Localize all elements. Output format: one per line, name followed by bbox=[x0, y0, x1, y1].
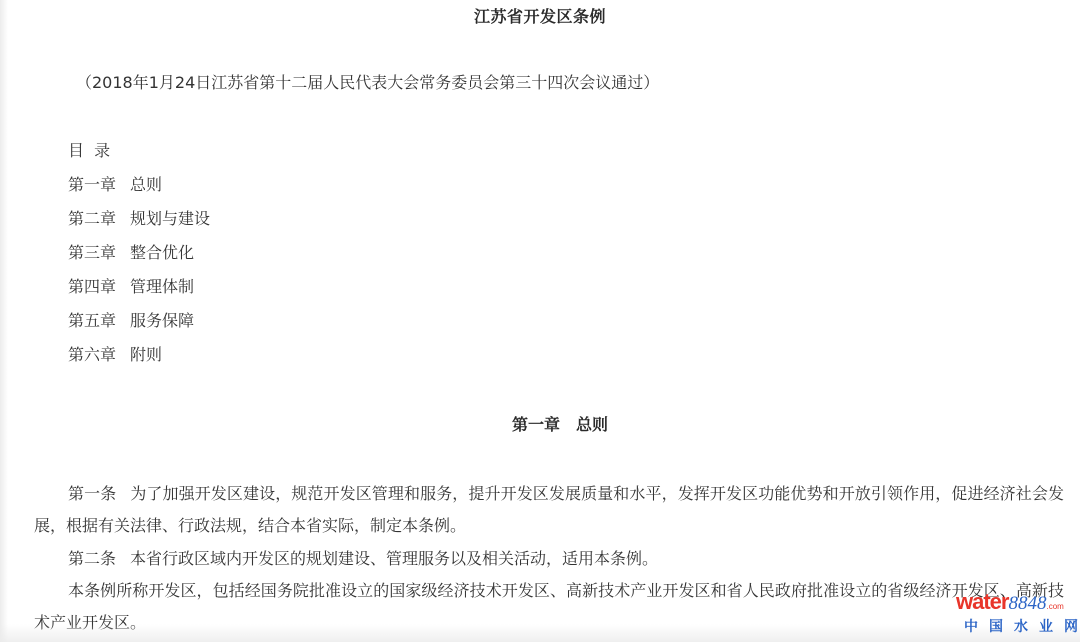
article-text: 为了加强开发区建设，规范开发区管理和服务，提升开发区发展质量和水平，发挥开发区功… bbox=[34, 484, 1064, 535]
article-text: 本省行政区域内开发区的规划建设、管理服务以及相关活动，适用本条例。 bbox=[130, 549, 658, 568]
chapter-name: 总则 bbox=[576, 415, 608, 434]
watermark-logo: water8848.com 中国水业网 bbox=[942, 591, 1072, 637]
toc-chapter-number: 第二章 bbox=[68, 208, 130, 230]
toc-chapter-number: 第一章 bbox=[68, 174, 130, 196]
toc-chapter-name: 总则 bbox=[130, 175, 162, 194]
table-of-contents: 目 录 第一章总则 第二章规划与建设 第三章整合优化 第四章管理体制 第五章服务… bbox=[68, 140, 210, 378]
toc-chapter-number: 第五章 bbox=[68, 310, 130, 332]
toc-chapter-number: 第三章 bbox=[68, 242, 130, 264]
toc-item[interactable]: 第三章整合优化 bbox=[68, 242, 210, 276]
toc-chapter-name: 管理体制 bbox=[130, 277, 194, 296]
toc-item[interactable]: 第四章管理体制 bbox=[68, 276, 210, 310]
toc-item[interactable]: 第五章服务保障 bbox=[68, 310, 210, 344]
watermark-brand-word: water bbox=[956, 589, 1008, 614]
document-subtitle: （2018年1月24日江苏省第十二届人民代表大会常务委员会第三十四次会议通过） bbox=[76, 70, 659, 93]
page-bottom-edge bbox=[0, 624, 1080, 642]
watermark-brand: water8848.com bbox=[956, 591, 1064, 618]
toc-chapter-name: 附则 bbox=[130, 345, 162, 364]
toc-chapter-name: 整合优化 bbox=[130, 243, 194, 262]
article-2: 第二条本省行政区域内开发区的规划建设、管理服务以及相关活动，适用本条例。 bbox=[34, 543, 1064, 575]
watermark-number: 8848 bbox=[1008, 593, 1046, 614]
watermark-chinese-name: 中国水业网 bbox=[964, 616, 1080, 636]
page-left-edge bbox=[0, 0, 8, 642]
toc-chapter-name: 服务保障 bbox=[130, 311, 194, 330]
toc-item[interactable]: 第六章附则 bbox=[68, 344, 210, 378]
toc-item[interactable]: 第一章总则 bbox=[68, 174, 210, 208]
article-label: 第一条 bbox=[68, 484, 116, 503]
chapter-number: 第一章 bbox=[512, 415, 560, 434]
watermark-suffix: .com bbox=[1046, 602, 1063, 611]
article-1: 第一条为了加强开发区建设，规范开发区管理和服务，提升开发区发展质量和水平，发挥开… bbox=[34, 478, 1064, 542]
article-label: 第二条 bbox=[68, 549, 116, 568]
toc-chapter-name: 规划与建设 bbox=[130, 209, 210, 228]
toc-item[interactable]: 第二章规划与建设 bbox=[68, 208, 210, 242]
chapter-heading: 第一章总则 bbox=[0, 412, 1080, 435]
document-title: 江苏省开发区条例 bbox=[0, 4, 1080, 27]
toc-chapter-number: 第六章 bbox=[68, 344, 130, 366]
toc-heading: 目 录 bbox=[68, 140, 210, 174]
toc-chapter-number: 第四章 bbox=[68, 276, 130, 298]
